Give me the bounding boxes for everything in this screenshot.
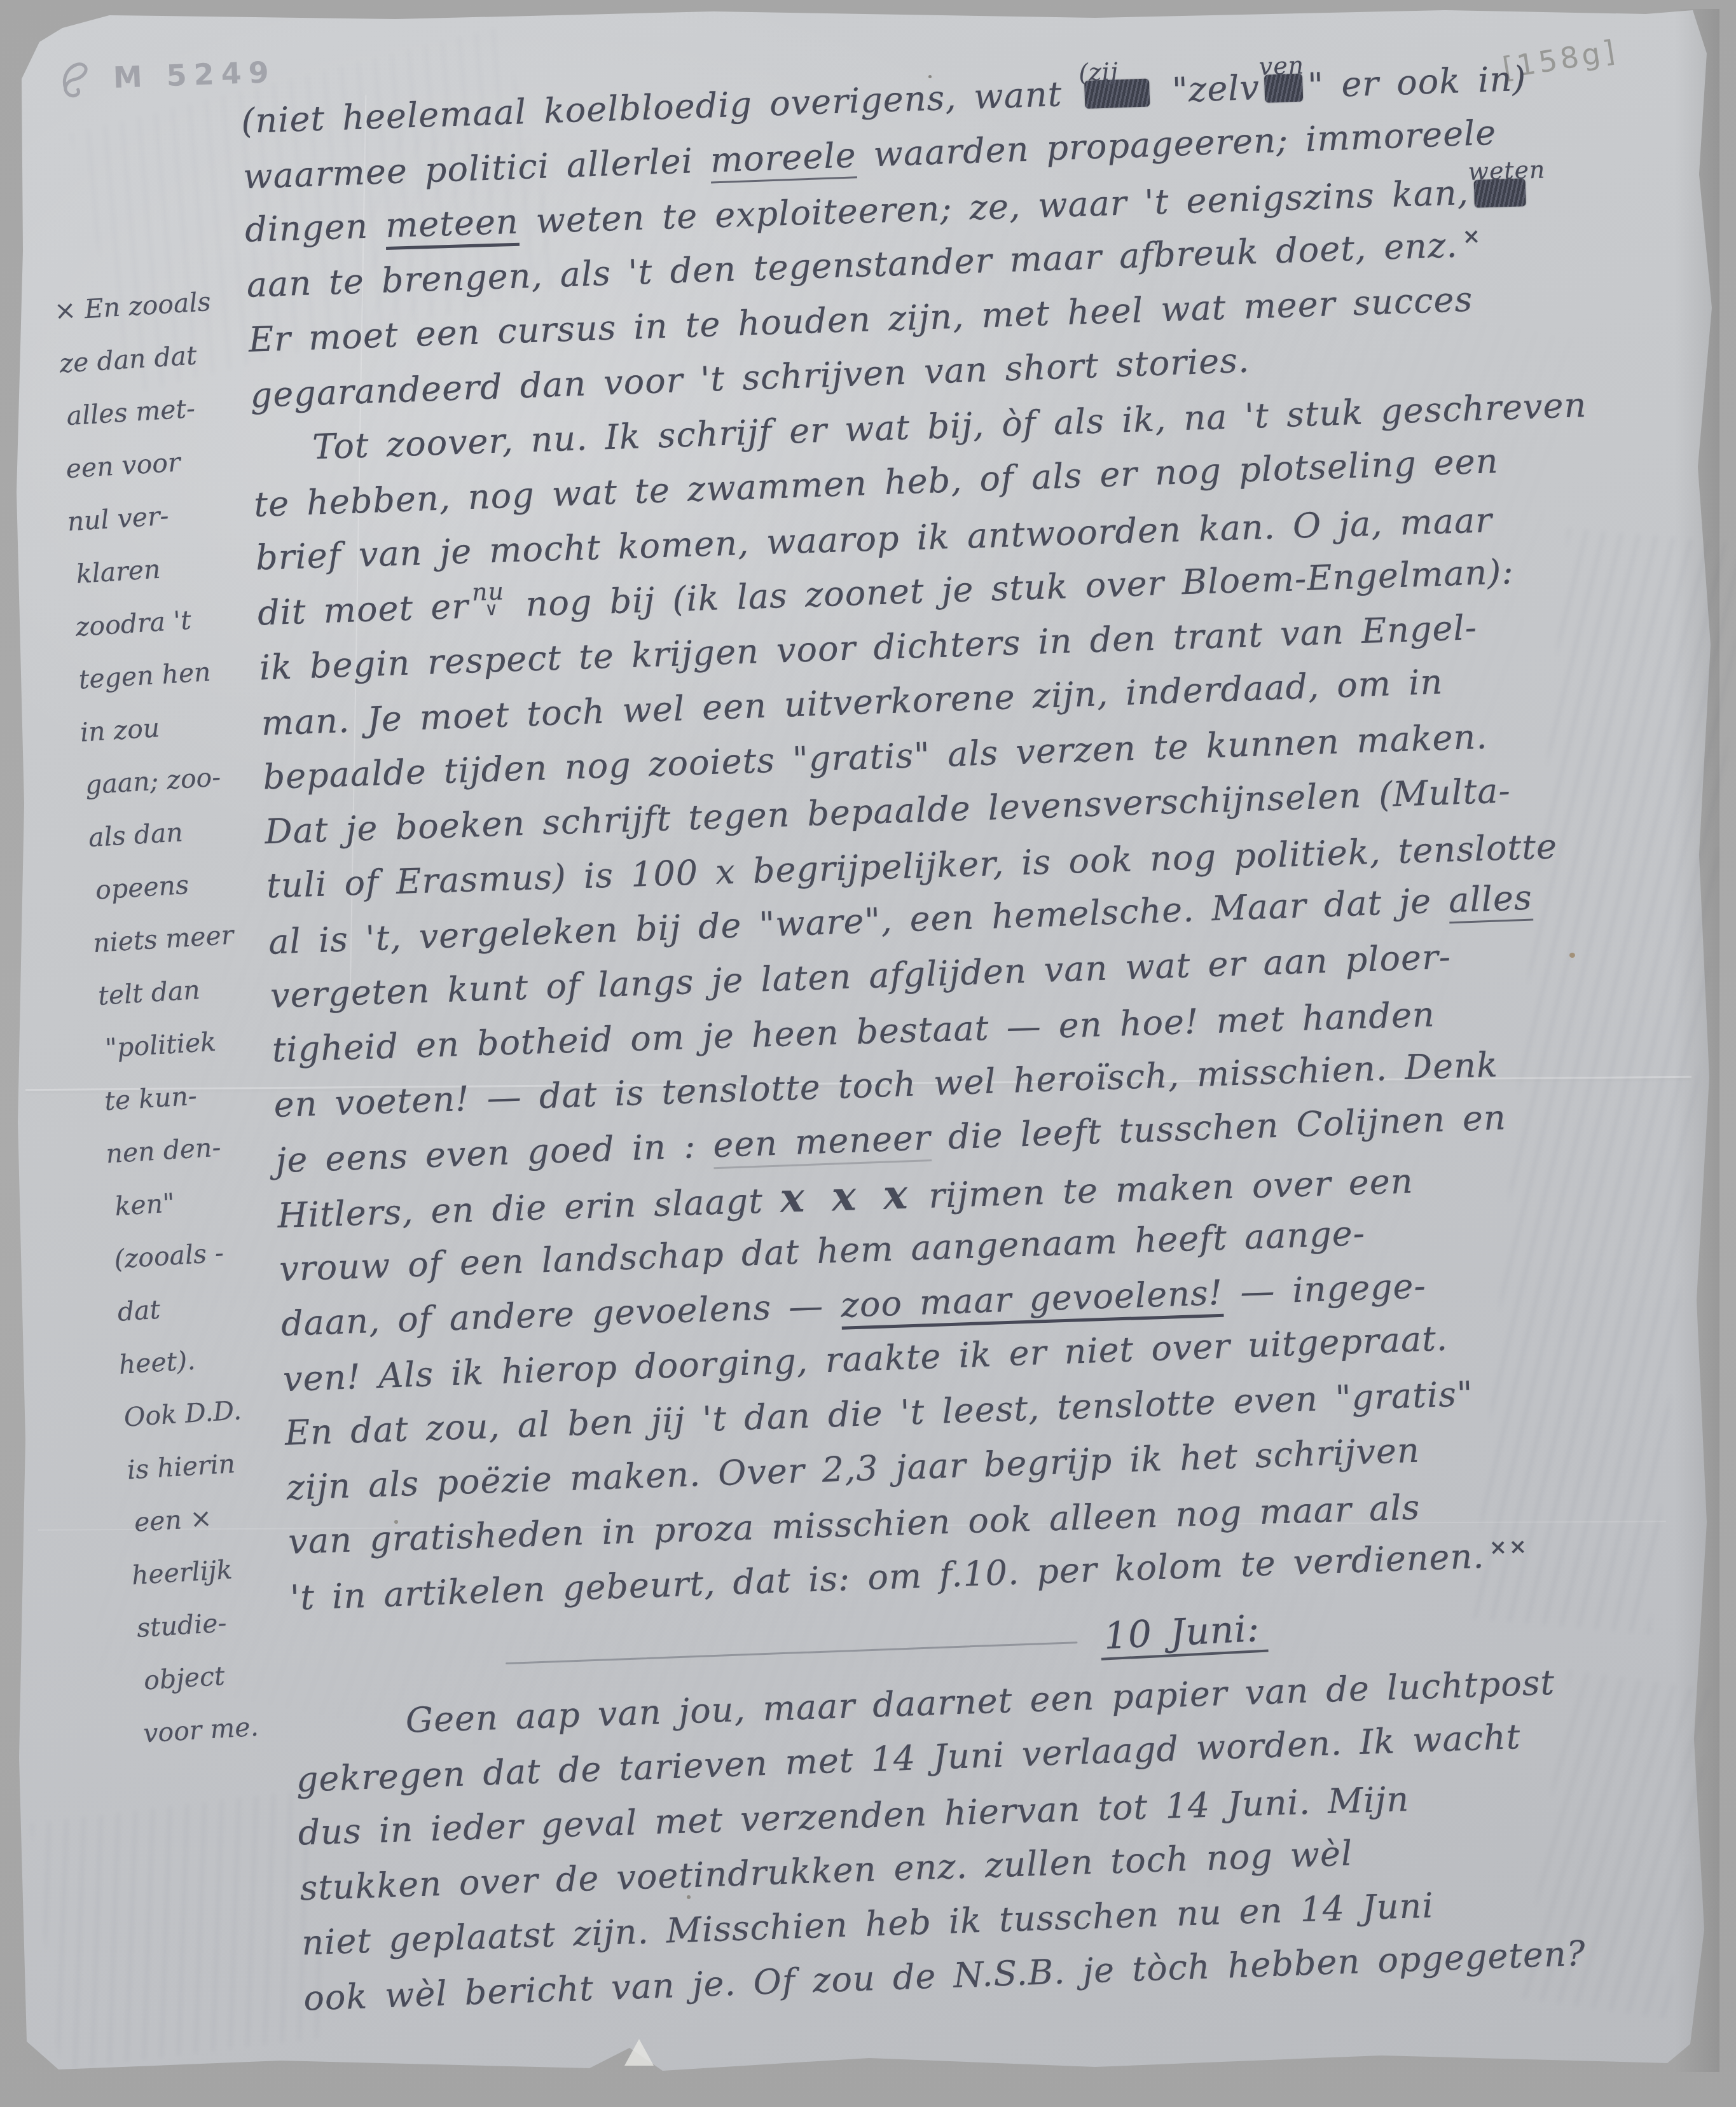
- archive-stamp: M 5249: [58, 52, 277, 99]
- text-segment: je eens even goed in :: [275, 1125, 714, 1180]
- inserted-word: ven: [1258, 38, 1305, 93]
- paragraph: Tot zoover, nu. Ik schrijf er wat bij, ò…: [251, 373, 1736, 1624]
- inserted-word: (zij: [1078, 44, 1119, 100]
- text-segment: rijmen te maken over een: [911, 1161, 1414, 1216]
- text-segment: ××: [1488, 1519, 1529, 1575]
- text-segment: meteen: [385, 202, 520, 250]
- crossed-out-word: ven: [1264, 59, 1304, 115]
- text-segment: — ingege-: [1222, 1266, 1427, 1313]
- stamp-number: M 5249: [113, 55, 277, 95]
- separator-line: [506, 1641, 1078, 1664]
- text-segment: " er ook in): [1307, 59, 1527, 106]
- text-segment: "zelv: [1154, 67, 1260, 111]
- text-segment: Hitlers, en die erin slaagt: [277, 1180, 781, 1236]
- inserted-word: weten: [1467, 142, 1546, 199]
- stamp-flourish-icon: [58, 58, 106, 99]
- text-segment: een meneer: [712, 1117, 932, 1169]
- crossed-out-word: (zij: [1084, 64, 1150, 121]
- paragraph: Geen aap van jou, maar daarnet een papie…: [294, 1648, 1736, 2025]
- date-heading: 10 Juni:: [1099, 1610, 1269, 1661]
- text-segment: x x x: [780, 1171, 913, 1222]
- text-segment: alles: [1448, 878, 1533, 924]
- text-segment: moreele: [710, 135, 857, 183]
- letter-body: (niet heelemaal koelbloedig overigens, w…: [240, 46, 1736, 2026]
- text-segment: dit moet er: [257, 586, 469, 633]
- text-segment: waarmee politici allerlei: [242, 140, 711, 197]
- text-segment: ×: [1462, 209, 1484, 264]
- text-segment: dingen: [244, 205, 386, 250]
- paragraph: (niet heelemaal koelbloedig overigens, w…: [240, 46, 1713, 422]
- inserted-word: nu: [471, 563, 506, 619]
